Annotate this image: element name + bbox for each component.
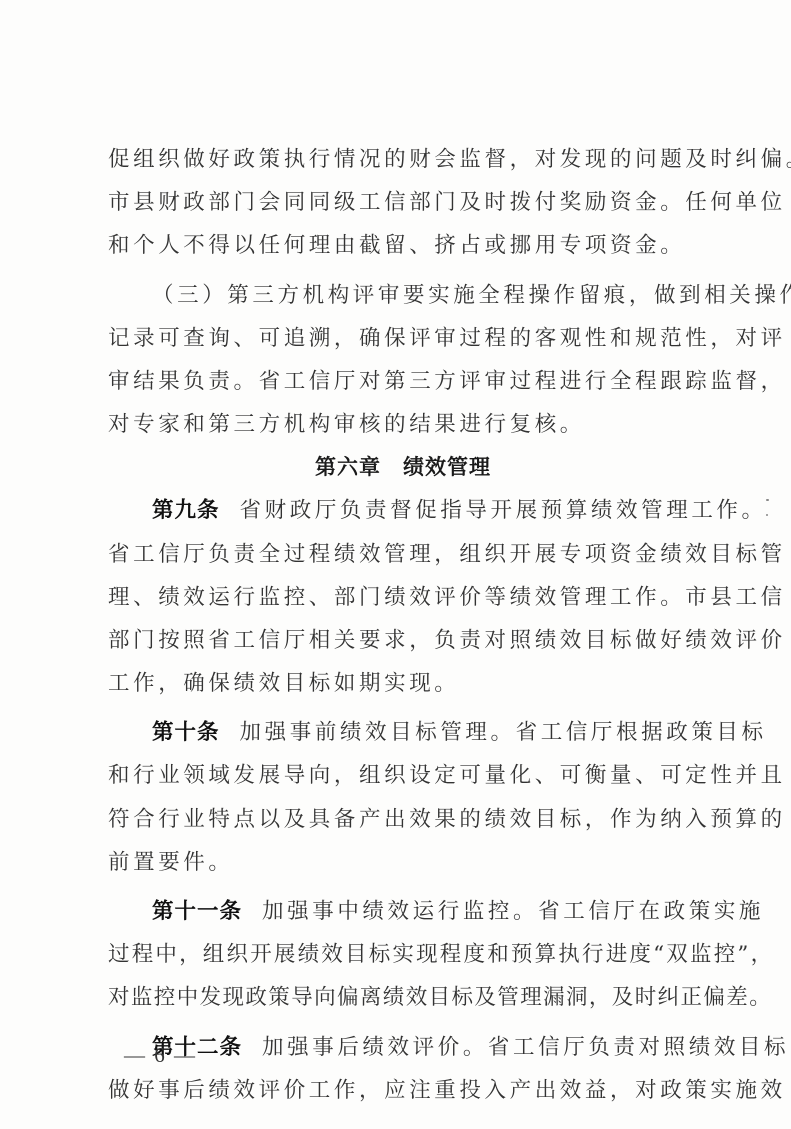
chapter-heading: 第六章 绩效管理 xyxy=(108,446,698,489)
text-line: 理、绩效运行监控、部门绩效评价等绩效管理工作。市县工信 xyxy=(108,576,698,619)
article-11: 第十一条 加强事中绩效运行监控。省工信厅在政策实施 过程中，组织开展绩效目标实现… xyxy=(108,890,698,1020)
article-text: 省财政厅负责督促指导开展预算绩效管理工作。 xyxy=(240,489,767,532)
text-line: 记录可查询、可追溯，确保评审过程的客观性和规范性，对评 xyxy=(108,317,698,360)
scan-speck xyxy=(766,499,769,501)
article-label: 第十条 xyxy=(152,711,220,754)
paragraph-third-party-review: （三）第三方机构评审要实施全程操作留痕，做到相关操作 记录可查询、可追溯，确保评… xyxy=(108,274,698,447)
article-first-line: 第十一条 加强事中绩效运行监控。省工信厅在政策实施 xyxy=(108,890,698,933)
text-line: 工作，确保绩效目标如期实现。 xyxy=(108,662,698,705)
scan-speck xyxy=(766,514,768,516)
text-line: 部门按照省工信厅相关要求，负责对照绩效目标做好绩效评价 xyxy=(108,619,698,662)
article-text: 加强事后绩效评价。省工信厅负责对照绩效目标 xyxy=(262,1026,789,1069)
text-line: 省工信厅负责全过程绩效管理，组织开展专项资金绩效目标管 xyxy=(108,533,698,576)
text-line: 和行业领域发展导向，组织设定可量化、可衡量、可定性并且 xyxy=(108,754,698,797)
article-9: 第九条 省财政厅负责督促指导开展预算绩效管理工作。 省工信厅负责全过程绩效管理，… xyxy=(108,489,698,705)
scan-speck xyxy=(765,544,768,548)
page-number: — 6 — xyxy=(124,1043,197,1068)
text-line: 做好事后绩效评价工作，应注重投入产出效益，对政策实施效 xyxy=(108,1069,698,1112)
article-12: 第十二条 加强事后绩效评价。省工信厅负责对照绩效目标 做好事后绩效评价工作，应注… xyxy=(108,1026,698,1112)
article-first-line: 第十条 加强事前绩效目标管理。省工信厅根据政策目标 xyxy=(108,711,698,754)
document-page: 促组织做好政策执行情况的财会监督，对发现的问题及时纠偏。 市县财政部门会同同级工… xyxy=(108,138,698,1112)
article-10: 第十条 加强事前绩效目标管理。省工信厅根据政策目标 和行业领域发展导向，组织设定… xyxy=(108,711,698,884)
text-line: 前置要件。 xyxy=(108,841,698,884)
text-line: （三）第三方机构评审要实施全程操作留痕，做到相关操作 xyxy=(108,274,698,317)
article-text: 加强事中绩效运行监控。省工信厅在政策实施 xyxy=(262,890,764,933)
text-line: 审结果负责。省工信厅对第三方评审过程进行全程跟踪监督， xyxy=(108,360,698,403)
text-line: 和个人不得以任何理由截留、挤占或挪用专项资金。 xyxy=(108,224,698,267)
text-line: 对监控中发现政策导向偏离绩效目标及管理漏洞，及时纠正偏差。 xyxy=(108,976,698,1019)
text-line: 促组织做好政策执行情况的财会监督，对发现的问题及时纠偏。 xyxy=(108,138,698,181)
article-first-line: 第九条 省财政厅负责督促指导开展预算绩效管理工作。 xyxy=(108,489,698,532)
text-line: 对专家和第三方机构审核的结果进行复核。 xyxy=(108,403,698,446)
article-label: 第九条 xyxy=(152,489,220,532)
article-text: 加强事前绩效目标管理。省工信厅根据政策目标 xyxy=(240,711,767,754)
text-line: 市县财政部门会同同级工信部门及时拨付奖励资金。任何单位 xyxy=(108,181,698,224)
article-label: 第十一条 xyxy=(152,890,242,933)
text-line: 符合行业特点以及具备产出效果的绩效目标，作为纳入预算的 xyxy=(108,798,698,841)
text-line: 过程中，组织开展绩效目标实现程度和预算执行进度“双监控”， xyxy=(108,933,698,976)
paragraph-continuation: 促组织做好政策执行情况的财会监督，对发现的问题及时纠偏。 市县财政部门会同同级工… xyxy=(108,138,698,268)
